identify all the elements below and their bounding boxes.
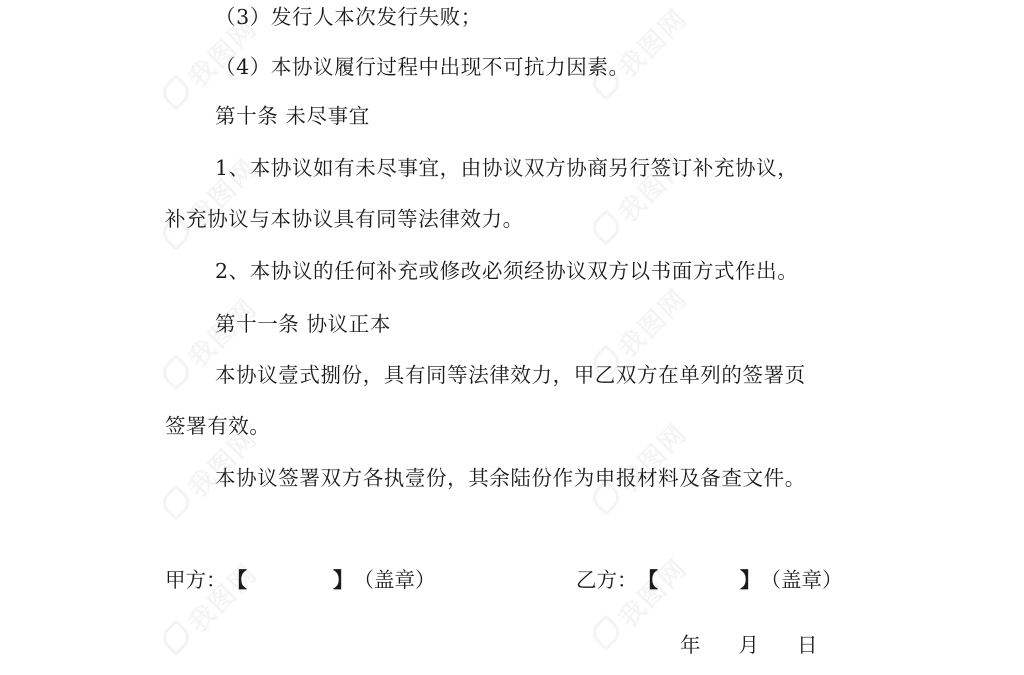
article-11-title: 第十一条 协议正本 bbox=[215, 309, 391, 339]
party-b-signature: 乙方：【】（盖章） bbox=[576, 565, 843, 595]
party-a-label: 甲方： bbox=[165, 568, 227, 592]
party-b-close-bracket: 】 bbox=[740, 565, 761, 595]
party-b-open-bracket: 【 bbox=[638, 565, 659, 595]
article-10-title: 第十条 未尽事宜 bbox=[215, 101, 370, 131]
date-day: 日 bbox=[797, 630, 818, 660]
list-item-4: （4）本协议履行过程中出现不可抗力因素。 bbox=[215, 52, 630, 82]
watermark-logo-icon bbox=[158, 74, 195, 111]
watermark-logo-icon bbox=[158, 484, 195, 521]
article-11-paragraph-1: 本协议壹式捌份，具有同等法律效力，甲乙双方在单列的签署页 bbox=[215, 360, 806, 390]
article-10-paragraph-1-cont: 补充协议与本协议具有同等法律效力。 bbox=[165, 204, 524, 234]
article-10-paragraph-1: 1、本协议如有未尽事宜，由协议双方协商另行签订补充协议， bbox=[215, 153, 798, 183]
party-a-close-bracket: 】 bbox=[333, 565, 354, 595]
article-11-paragraph-2: 本协议签署双方各执壹份，其余陆份作为申报材料及备查文件。 bbox=[215, 463, 806, 493]
party-b-label: 乙方： bbox=[576, 568, 638, 592]
party-a-open-bracket: 【 bbox=[227, 565, 248, 595]
date-year: 年 bbox=[680, 630, 701, 660]
article-11-paragraph-1-cont: 签署有效。 bbox=[165, 411, 271, 441]
watermark-logo-icon bbox=[588, 614, 625, 651]
party-a-signature: 甲方：【】（盖章） bbox=[165, 565, 436, 595]
party-a-seal: （盖章） bbox=[354, 568, 436, 592]
list-item-3: （3）发行人本次发行失败； bbox=[215, 2, 482, 32]
signing-date: 年月日 bbox=[680, 630, 818, 660]
date-month: 月 bbox=[739, 630, 760, 660]
article-10-paragraph-2: 2、本协议的任何补充或修改必须经协议双方以书面方式作出。 bbox=[215, 256, 798, 286]
watermark-logo-icon bbox=[158, 354, 195, 391]
watermark-logo-icon bbox=[588, 209, 625, 246]
document-page: 我图网 我图网 我图网 我图网 我图网 我图网 我图网 我图网 我图网 我图网 … bbox=[0, 0, 1024, 675]
party-b-seal: （盖章） bbox=[761, 568, 843, 592]
watermark-logo-icon bbox=[158, 619, 195, 656]
